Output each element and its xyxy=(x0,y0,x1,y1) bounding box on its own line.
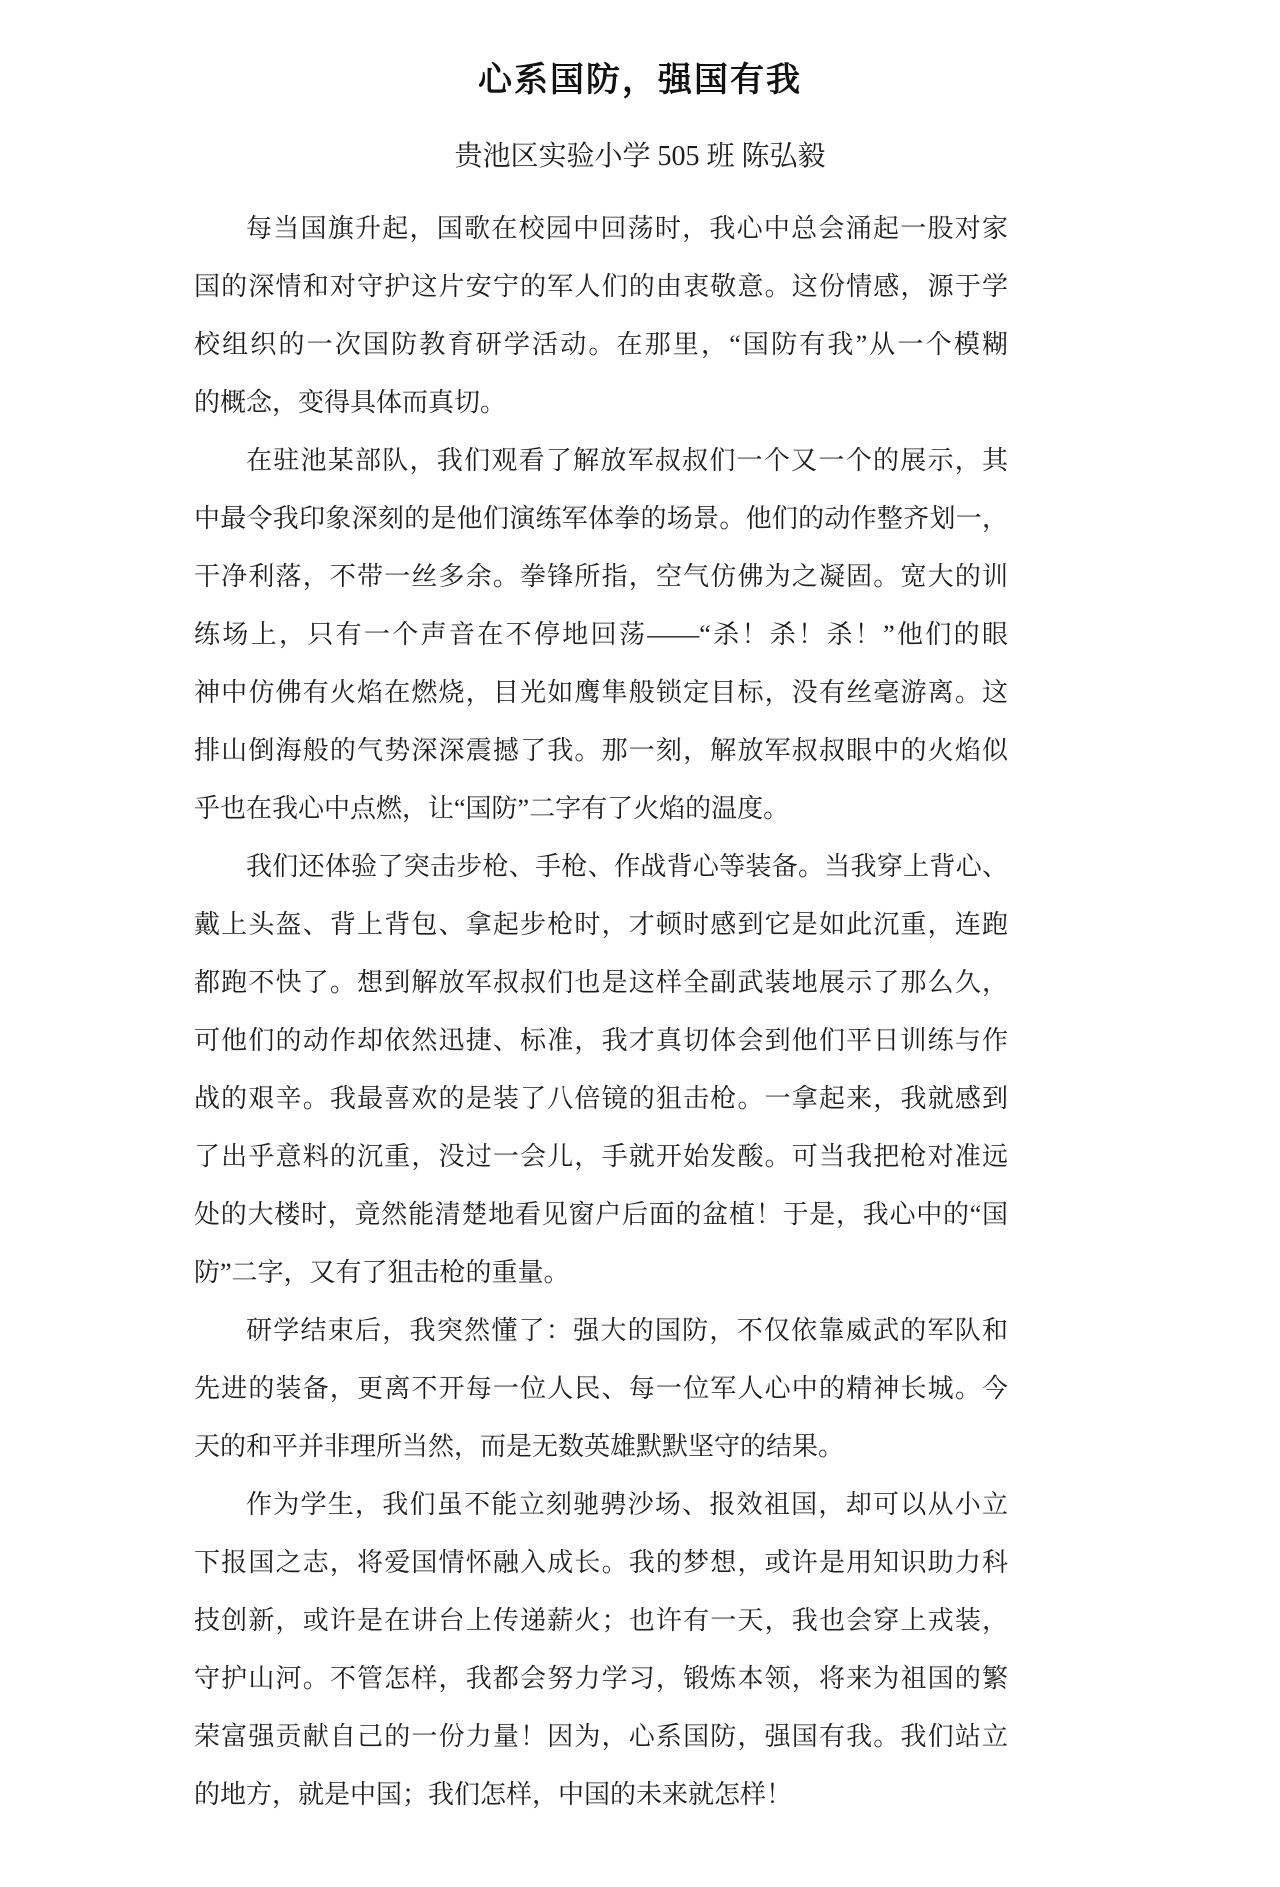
essay-line: 技创新，或许是在讲台上传递薪火；也许有一天，我也会穿上戎装， xyxy=(194,1592,1008,1650)
essay-line: 天的和平并非理所当然，而是无数英雄默默坚守的结果。 xyxy=(194,1418,1008,1476)
essay-line: 国的深情和对守护这片安宁的军人们的由衷敬意。这份情感，源于学 xyxy=(194,258,1008,316)
essay-byline: 贵池区实验小学 505 班 陈弘毅 xyxy=(0,142,1280,172)
essay-line: 了出乎意料的沉重，没过一会儿，手就开始发酸。可当我把枪对准远 xyxy=(194,1128,1008,1186)
essay-line: 作为学生，我们虽不能立刻驰骋沙场、报效祖国，却可以从小立 xyxy=(194,1476,1008,1534)
essay-line: 荣富强贡献自己的一份力量！因为，心系国防，强国有我。我们站立 xyxy=(194,1708,1008,1766)
essay-line: 我们还体验了突击步枪、手枪、作战背心等装备。当我穿上背心、 xyxy=(194,838,1008,896)
essay-paragraph: 每当国旗升起，国歌在校园中回荡时，我心中总会涌起一股对家国的深情和对守护这片安宁… xyxy=(194,200,1008,432)
essay-line: 神中仿佛有火焰在燃烧，目光如鹰隼般锁定目标，没有丝毫游离。这 xyxy=(194,664,1008,722)
essay-title: 心系国防，强国有我 xyxy=(0,58,1280,102)
essay-line: 先进的装备，更离不开每一位人民、每一位军人心中的精神长城。今 xyxy=(194,1360,1008,1418)
essay-line: 中最令我印象深刻的是他们演练军体拳的场景。他们的动作整齐划一， xyxy=(194,490,1008,548)
essay-line: 都跑不快了。想到解放军叔叔们也是这样全副武装地展示了那么久， xyxy=(194,954,1008,1012)
essay-line: 研学结束后，我突然懂了：强大的国防，不仅依靠威武的军队和 xyxy=(194,1302,1008,1360)
essay-body: 每当国旗升起，国歌在校园中回荡时，我心中总会涌起一股对家国的深情和对守护这片安宁… xyxy=(0,200,1008,1824)
essay-line: 的概念，变得具体而真切。 xyxy=(194,374,1008,432)
document-page: 心系国防，强国有我 贵池区实验小学 505 班 陈弘毅 每当国旗升起，国歌在校园… xyxy=(0,0,1280,1887)
essay-line: 排山倒海般的气势深深震撼了我。那一刻，解放军叔叔眼中的火焰似 xyxy=(194,722,1008,780)
essay-line: 的地方，就是中国；我们怎样，中国的未来就怎样！ xyxy=(194,1766,1008,1824)
essay-line: 防”二字，又有了狙击枪的重量。 xyxy=(194,1244,1008,1302)
essay-line: 处的大楼时，竟然能清楚地看见窗户后面的盆植！于是，我心中的“国 xyxy=(194,1186,1008,1244)
essay-line: 戴上头盔、背上背包、拿起步枪时，才顿时感到它是如此沉重，连跑 xyxy=(194,896,1008,954)
essay-line: 守护山河。不管怎样，我都会努力学习，锻炼本领，将来为祖国的繁 xyxy=(194,1650,1008,1708)
essay-line: 乎也在我心中点燃，让“国防”二字有了火焰的温度。 xyxy=(194,780,1008,838)
essay-paragraph: 我们还体验了突击步枪、手枪、作战背心等装备。当我穿上背心、戴上头盔、背上背包、拿… xyxy=(194,838,1008,1302)
essay-line: 练场上，只有一个声音在不停地回荡——“杀！杀！杀！”他们的眼 xyxy=(194,606,1008,664)
essay-line: 下报国之志，将爱国情怀融入成长。我的梦想，或许是用知识助力科 xyxy=(194,1534,1008,1592)
essay-line: 干净利落，不带一丝多余。拳锋所指，空气仿佛为之凝固。宽大的训 xyxy=(194,548,1008,606)
essay-paragraph: 作为学生，我们虽不能立刻驰骋沙场、报效祖国，却可以从小立下报国之志，将爱国情怀融… xyxy=(194,1476,1008,1824)
essay-line: 战的艰辛。我最喜欢的是装了八倍镜的狙击枪。一拿起来，我就感到 xyxy=(194,1070,1008,1128)
essay-line: 在驻池某部队，我们观看了解放军叔叔们一个又一个的展示，其 xyxy=(194,432,1008,490)
essay-line: 校组织的一次国防教育研学活动。在那里，“国防有我”从一个模糊 xyxy=(194,316,1008,374)
essay-paragraph: 研学结束后，我突然懂了：强大的国防，不仅依靠威武的军队和先进的装备，更离不开每一… xyxy=(194,1302,1008,1476)
essay-line: 每当国旗升起，国歌在校园中回荡时，我心中总会涌起一股对家 xyxy=(194,200,1008,258)
essay-paragraph: 在驻池某部队，我们观看了解放军叔叔们一个又一个的展示，其中最令我印象深刻的是他们… xyxy=(194,432,1008,838)
essay-line: 可他们的动作却依然迅捷、标准，我才真切体会到他们平日训练与作 xyxy=(194,1012,1008,1070)
